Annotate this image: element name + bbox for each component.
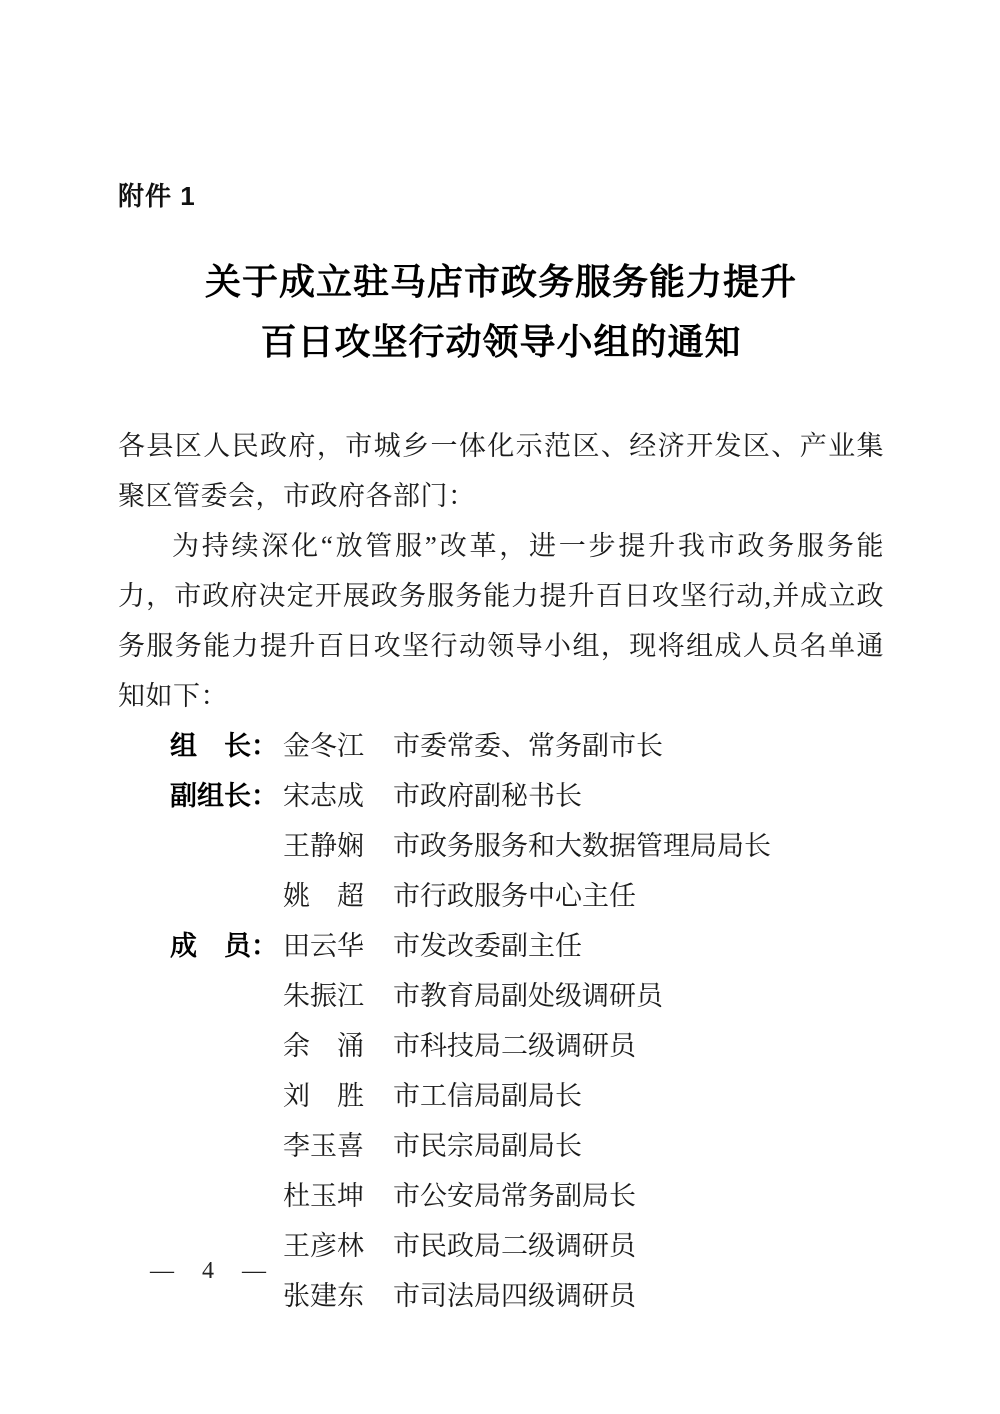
roster-row: 副组长： 宋志成 市政府副秘书长 — [118, 771, 884, 821]
attachment-label: 附件 1 — [118, 176, 196, 213]
roster-row: 成 员： 田云华 市发改委副主任 — [118, 921, 884, 971]
roster-row: 姚 超 市行政服务中心主任 — [118, 871, 884, 921]
roster-role: 市科技局二级调研员 — [393, 1021, 884, 1071]
roster-role: 市政府副秘书长 — [393, 771, 884, 821]
roster-label: 组 长： — [170, 721, 283, 771]
roster-row: 组 长： 金冬江 市委常委、常务副市长 — [118, 721, 884, 771]
roster-name: 宋志成 — [283, 771, 393, 821]
roster-name: 余 涌 — [283, 1021, 393, 1071]
document-body: 各县区人民政府，市城乡一体化示范区、经济开发区、产业集聚区管委会，市政府各部门：… — [118, 421, 884, 1321]
roster-name: 李玉喜 — [283, 1121, 393, 1171]
roster-name: 金冬江 — [283, 721, 393, 771]
page-number: — 4 — — [150, 1258, 268, 1285]
document-title-line2: 百日攻坚行动领导小组的通知 — [118, 312, 884, 372]
salutation-paragraph: 各县区人民政府，市城乡一体化示范区、经济开发区、产业集聚区管委会，市政府各部门： — [118, 421, 884, 521]
roster-name: 王静娴 — [283, 821, 393, 871]
roster-role: 市民宗局副局长 — [393, 1121, 884, 1171]
roster-row: 李玉喜 市民宗局副局长 — [118, 1121, 884, 1171]
document-title: 关于成立驻马店市政务服务能力提升 百日攻坚行动领导小组的通知 — [118, 252, 884, 372]
roster-name: 姚 超 — [283, 871, 393, 921]
roster-role: 市工信局副局长 — [393, 1071, 884, 1121]
intro-paragraph: 为持续深化“放管服”改革，进一步提升我市政务服务能力，市政府决定开展政务服务能力… — [118, 521, 884, 721]
roster-role: 市民政局二级调研员 — [393, 1221, 884, 1271]
roster-role: 市司法局四级调研员 — [393, 1271, 884, 1321]
roster-label: 副组长： — [170, 771, 283, 821]
roster-row: 朱振江 市教育局副处级调研员 — [118, 971, 884, 1021]
roster-name: 杜玉坤 — [283, 1171, 393, 1221]
roster-role: 市发改委副主任 — [393, 921, 884, 971]
roster-row: 王静娴 市政务服务和大数据管理局局长 — [118, 821, 884, 871]
roster-name: 王彦林 — [283, 1221, 393, 1271]
roster-role: 市政务服务和大数据管理局局长 — [393, 821, 884, 871]
roster-role: 市教育局副处级调研员 — [393, 971, 884, 1021]
roster-role: 市行政服务中心主任 — [393, 871, 884, 921]
leadership-roster: 组 长： 金冬江 市委常委、常务副市长 副组长： 宋志成 市政府副秘书长 王静娴… — [118, 721, 884, 1321]
roster-name: 张建东 — [283, 1271, 393, 1321]
roster-row: 杜玉坤 市公安局常务副局长 — [118, 1171, 884, 1221]
roster-role: 市公安局常务副局长 — [393, 1171, 884, 1221]
roster-row: 刘 胜 市工信局副局长 — [118, 1071, 884, 1121]
roster-row: 余 涌 市科技局二级调研员 — [118, 1021, 884, 1071]
roster-name: 田云华 — [283, 921, 393, 971]
document-title-line1: 关于成立驻马店市政务服务能力提升 — [118, 252, 884, 312]
roster-name: 刘 胜 — [283, 1071, 393, 1121]
roster-role: 市委常委、常务副市长 — [393, 721, 884, 771]
document-page: 附件 1 关于成立驻马店市政务服务能力提升 百日攻坚行动领导小组的通知 各县区人… — [0, 0, 1000, 1414]
roster-name: 朱振江 — [283, 971, 393, 1021]
roster-label: 成 员： — [170, 921, 283, 971]
